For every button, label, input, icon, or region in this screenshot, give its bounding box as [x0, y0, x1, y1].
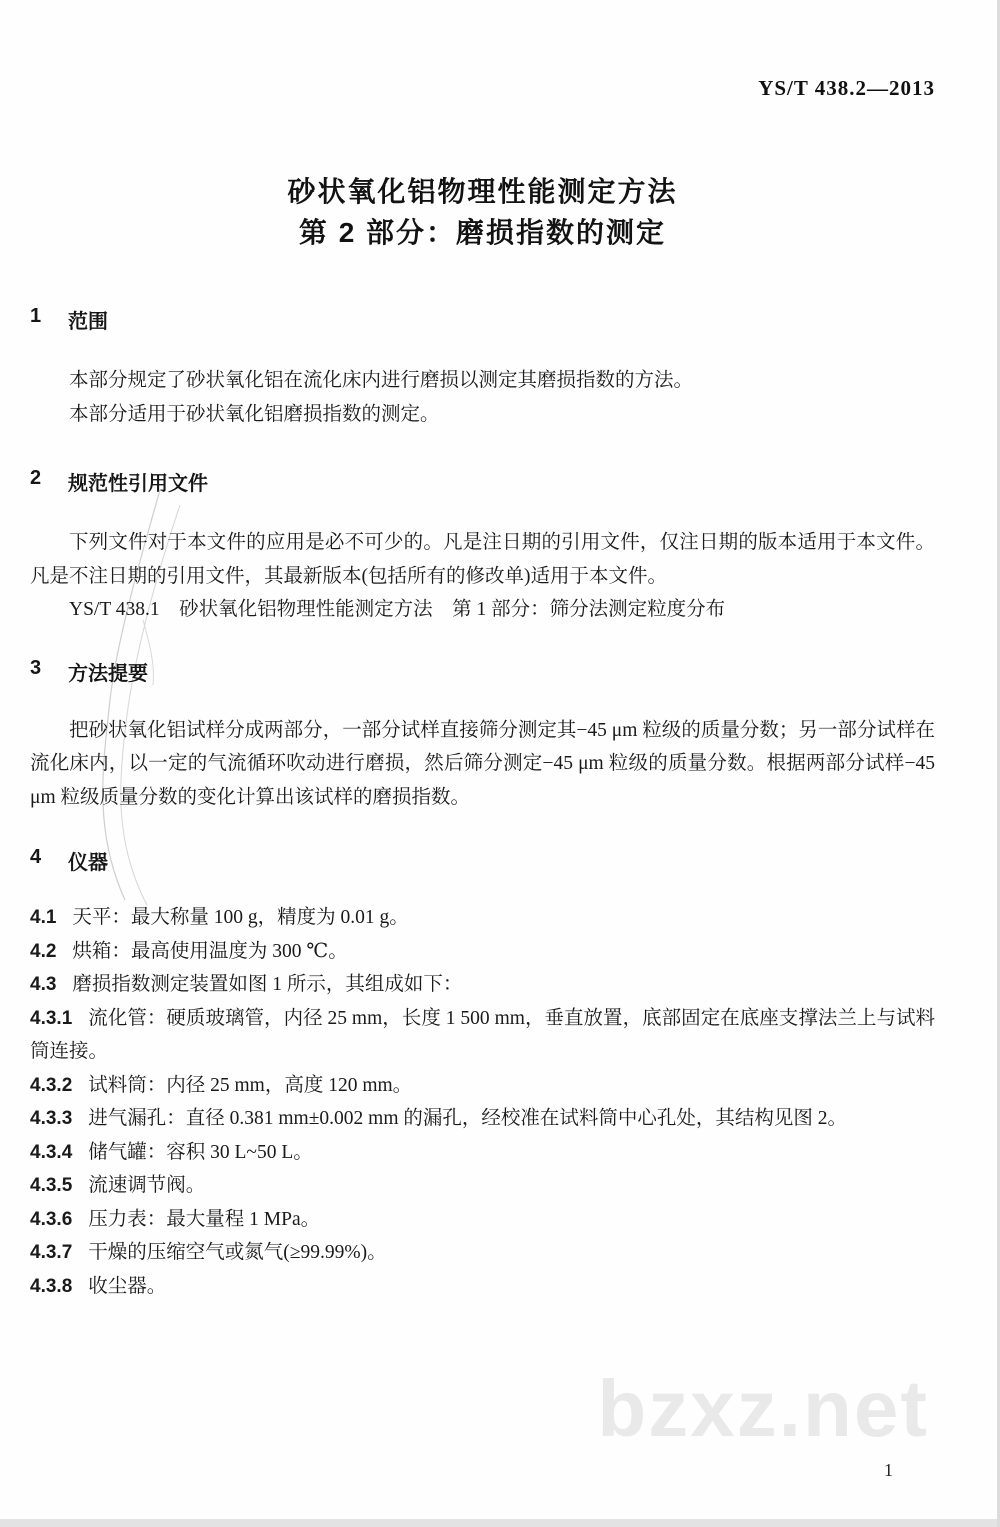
clause-4-3-7-number: 4.3.7 — [30, 1242, 72, 1263]
section-1-paragraph-2: 本部分适用于砂状氧化铝磨损指数的测定。 — [30, 398, 935, 432]
title-line-2: 第 2 部分：磨损指数的测定 — [30, 212, 935, 253]
clause-4-2-number: 4.2 — [30, 941, 56, 962]
clause-4-3-5: 4.3.5流速调节阀。 — [30, 1169, 935, 1203]
section-3-paragraph-1: 把砂状氧化铝试样分成两部分，一部分试样直接筛分测定其−45 μm 粒级的质量分数… — [30, 714, 935, 815]
clause-4-3-4: 4.3.4储气罐：容积 30 L~50 L。 — [30, 1136, 935, 1170]
clause-4-2: 4.2烘箱：最高使用温度为 300 ℃。 — [30, 935, 935, 969]
clause-4-3-4-text: 储气罐：容积 30 L~50 L。 — [88, 1142, 313, 1163]
clause-4-3-4-number: 4.3.4 — [30, 1142, 72, 1163]
site-watermark: bzxz.net — [597, 1363, 929, 1455]
clause-4-3-1-text: 流化管：硬质玻璃管，内径 25 mm，长度 1 500 mm，垂直放置，底部固定… — [30, 1008, 935, 1063]
clause-4-3-1-number: 4.3.1 — [30, 1008, 72, 1029]
scan-bottom-edge — [0, 1519, 997, 1527]
clause-4-3-text: 磨损指数测定装置如图 1 所示，其组成如下： — [72, 974, 462, 995]
clause-4-3: 4.3磨损指数测定装置如图 1 所示，其组成如下： — [30, 968, 935, 1002]
section-3-heading: 3 方法提要 — [30, 657, 935, 686]
clause-4-3-7: 4.3.7干燥的压缩空气或氮气(≥99.99%)。 — [30, 1236, 935, 1270]
section-2-title: 规范性引用文件 — [68, 467, 208, 496]
clause-4-3-6-number: 4.3.6 — [30, 1209, 72, 1230]
clause-4-3-6: 4.3.6压力表：最大量程 1 MPa。 — [30, 1203, 935, 1237]
clause-4-3-3-text: 进气漏孔：直径 0.381 mm±0.002 mm 的漏孔，经校准在试料筒中心孔… — [88, 1108, 847, 1129]
section-1-paragraph-1: 本部分规定了砂状氧化铝在流化床内进行磨损以测定其磨损指数的方法。 — [30, 364, 935, 398]
clause-4-3-5-text: 流速调节阀。 — [88, 1175, 205, 1196]
clause-4-3-7-text: 干燥的压缩空气或氮气(≥99.99%)。 — [88, 1242, 386, 1263]
clause-4-3-number: 4.3 — [30, 974, 56, 995]
section-1-heading: 1 范围 — [30, 305, 935, 334]
page-content: YS/T 438.2—2013 砂状氧化铝物理性能测定方法 第 2 部分：磨损指… — [0, 76, 997, 1303]
document-page: YS/T 438.2—2013 砂状氧化铝物理性能测定方法 第 2 部分：磨损指… — [0, 0, 1000, 1527]
section-1-number: 1 — [30, 305, 68, 334]
title-line-1: 砂状氧化铝物理性能测定方法 — [30, 171, 935, 212]
section-4-number: 4 — [30, 846, 68, 875]
clause-4-3-8-number: 4.3.8 — [30, 1276, 72, 1297]
clause-4-3-2-number: 4.3.2 — [30, 1075, 72, 1096]
clause-4-1-text: 天平：最大称量 100 g，精度为 0.01 g。 — [72, 907, 408, 928]
clause-4-1-number: 4.1 — [30, 907, 56, 928]
section-1-title: 范围 — [68, 305, 108, 334]
section-2-number: 2 — [30, 467, 68, 496]
clause-4-3-3-number: 4.3.3 — [30, 1108, 72, 1129]
section-2-paragraph-1: 下列文件对于本文件的应用是必不可少的。凡是注日期的引用文件，仅注日期的版本适用于… — [30, 526, 935, 593]
clause-4-3-8-text: 收尘器。 — [88, 1276, 166, 1297]
clause-4-1: 4.1天平：最大称量 100 g，精度为 0.01 g。 — [30, 901, 935, 935]
section-2-heading: 2 规范性引用文件 — [30, 467, 935, 496]
clause-4-3-5-number: 4.3.5 — [30, 1175, 72, 1196]
clause-4-2-text: 烘箱：最高使用温度为 300 ℃。 — [72, 941, 347, 962]
page-number: 1 — [884, 1460, 893, 1481]
clause-4-3-8: 4.3.8收尘器。 — [30, 1270, 935, 1304]
section-4-clauses: 4.1天平：最大称量 100 g，精度为 0.01 g。 4.2烘箱：最高使用温… — [30, 901, 935, 1303]
clause-4-3-3: 4.3.3进气漏孔：直径 0.381 mm±0.002 mm 的漏孔，经校准在试… — [30, 1102, 935, 1136]
section-4-heading: 4 仪器 — [30, 846, 935, 875]
document-title: 砂状氧化铝物理性能测定方法 第 2 部分：磨损指数的测定 — [30, 171, 935, 253]
clause-4-3-2: 4.3.2试料筒：内径 25 mm，高度 120 mm。 — [30, 1069, 935, 1103]
section-3-number: 3 — [30, 657, 68, 686]
section-3-title: 方法提要 — [68, 657, 148, 686]
standard-code: YS/T 438.2—2013 — [30, 76, 935, 101]
section-2-reference: YS/T 438.1 砂状氧化铝物理性能测定方法 第 1 部分：筛分法测定粒度分… — [30, 593, 935, 627]
section-4-title: 仪器 — [68, 846, 108, 875]
clause-4-3-6-text: 压力表：最大量程 1 MPa。 — [88, 1209, 320, 1230]
clause-4-3-1: 4.3.1流化管：硬质玻璃管，内径 25 mm，长度 1 500 mm，垂直放置… — [30, 1002, 935, 1069]
clause-4-3-2-text: 试料筒：内径 25 mm，高度 120 mm。 — [88, 1075, 412, 1096]
